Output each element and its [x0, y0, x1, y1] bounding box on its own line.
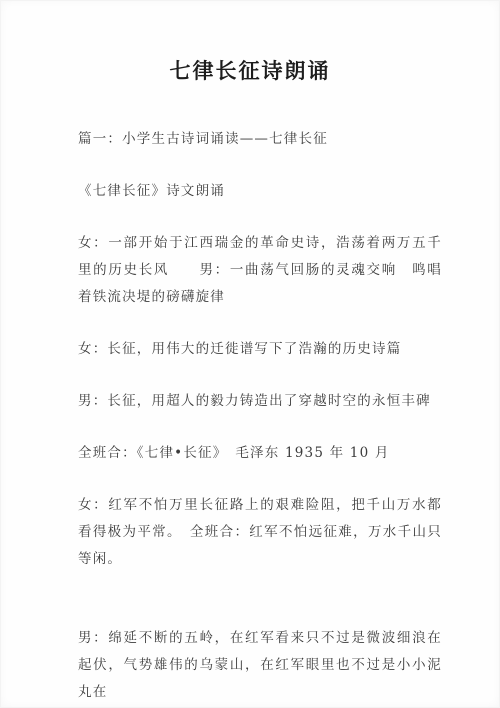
document-body: 篇一：小学生古诗词诵读——七律长征 《七律长征》诗文朗诵 女：一部开始于江西瑞金… — [0, 126, 500, 706]
paragraph-subtitle: 《七律长征》诗文朗诵 — [78, 178, 442, 205]
paragraph-female-chorus-line: 女：红军不怕万里长征路上的艰难险阻，把千山万水都看得极为平常。 全班合：红军不怕… — [78, 492, 442, 573]
paragraph-female-line: 女：长征，用伟大的迁徙谱写下了浩瀚的历史诗篇 — [78, 336, 442, 363]
paragraph-male-closing-line: 男：绵延不断的五岭，在红军看来只不过是微波细浪在起伏，气势雄伟的乌蒙山，在红军眼… — [78, 625, 442, 706]
paragraph-section-heading: 篇一：小学生古诗词诵读——七律长征 — [78, 126, 442, 153]
document-page: 七律长征诗朗诵 篇一：小学生古诗词诵读——七律长征 《七律长征》诗文朗诵 女：一… — [0, 0, 500, 708]
paragraph-chorus-poem-title: 全班合：《七律•长征》 毛泽东 1935 年 10 月 — [78, 440, 442, 467]
paragraph-male-line: 男：长征，用超人的毅力铸造出了穿越时空的永恒丰碑 — [78, 388, 442, 415]
paragraph-female-male-intro: 女：一部开始于江西瑞金的革命史诗，浩荡着两万五千里的历史长风 男：一曲荡气回肠的… — [78, 230, 442, 311]
document-title: 七律长征诗朗诵 — [0, 0, 500, 86]
